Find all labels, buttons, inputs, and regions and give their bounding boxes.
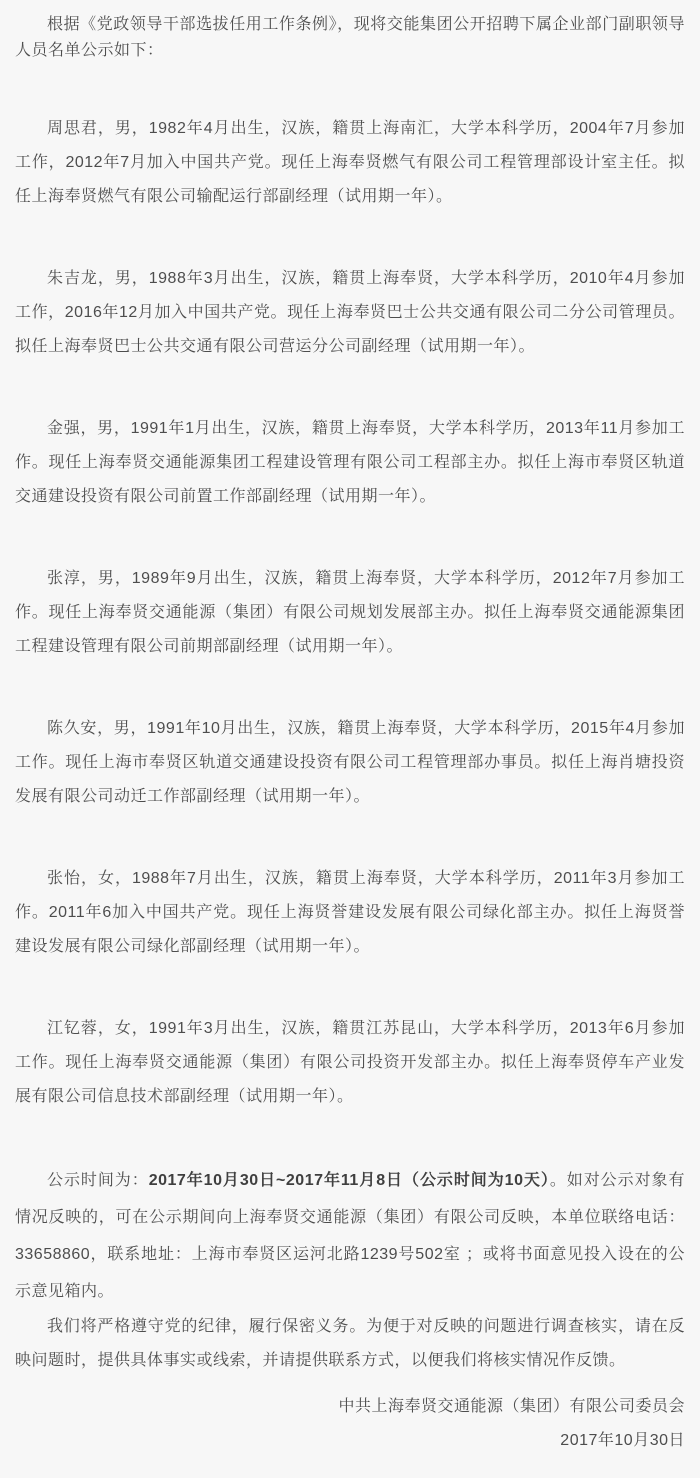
announcement-document: 根据《党政领导干部选拔任用工作条例》，现将交能集团公开招聘下属企业部门副职领导人… bbox=[0, 0, 700, 1478]
candidate-paragraph-chen-jiuan: 陈久安，男，1991年10月出生，汉族，籍贯上海奉贤，大学本科学历，2015年4… bbox=[15, 712, 685, 814]
notice-period-bold: 2017年10月30日~2017年11月8日（公示时间为10天） bbox=[149, 1172, 550, 1189]
candidate-paragraph-zhang-chun: 张淳，男，1989年9月出生，汉族，籍贯上海奉贤，大学本科学历，2012年7月参… bbox=[15, 562, 685, 664]
notice-suffix: 。如对公示对象有情况反映的，可在公示期间向上海奉贤交通能源（集团）有限公司反映，… bbox=[15, 1172, 685, 1300]
candidate-paragraph-jin-qiang: 金强，男，1991年1月出生，汉族，籍贯上海奉贤，大学本科学历，2013年11月… bbox=[15, 412, 685, 514]
date-line: 2017年10月30日 bbox=[15, 1424, 685, 1458]
candidate-paragraph-zhou-sijun: 周思君，男，1982年4月出生，汉族，籍贯上海南汇，大学本科学历，2004年7月… bbox=[15, 112, 685, 214]
candidate-paragraph-zhang-yi: 张怡，女，1988年7月出生，汉族，籍贯上海奉贤，大学本科学历，2011年3月参… bbox=[15, 862, 685, 964]
candidate-paragraph-jiang-yirong: 江钇蓉，女，1991年3月出生，汉族，籍贯江苏昆山，大学本科学历，2013年6月… bbox=[15, 1012, 685, 1114]
notice-paragraph: 公示时间为：2017年10月30日~2017年11月8日（公示时间为10天）。如… bbox=[15, 1162, 685, 1310]
signature-line: 中共上海奉贤交通能源（集团）有限公司委员会 bbox=[15, 1390, 685, 1424]
closing-paragraph: 我们将严格遵守党的纪律，履行保密义务。为便于对反映的问题进行调查核实，请在反映问… bbox=[15, 1310, 685, 1378]
candidate-paragraph-zhu-jilong: 朱吉龙，男，1988年3月出生，汉族，籍贯上海奉贤，大学本科学历，2010年4月… bbox=[15, 262, 685, 364]
intro-paragraph: 根据《党政领导干部选拔任用工作条例》，现将交能集团公开招聘下属企业部门副职领导人… bbox=[15, 12, 685, 64]
notice-prefix: 公示时间为： bbox=[47, 1172, 149, 1189]
